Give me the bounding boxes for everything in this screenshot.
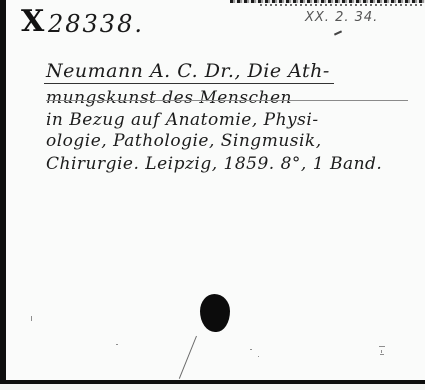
catalog-card: X 28338. XX. 2. 34. Neumann A. C. Dr., D… [0,0,425,390]
paper-speck [379,346,385,347]
paper-speck [381,350,382,353]
title-underline [46,100,408,101]
check-mark-icon [334,30,342,35]
author-underline [44,83,334,84]
date-stamp: XX. 2. 34. [305,10,378,25]
entry-line-imprint: Chirurgie. Leipzig, 1859. 8°, 1 Band. [46,154,382,174]
scan-border-top [230,0,425,3]
paper-speck [380,354,384,355]
paper-speck [116,344,118,345]
entry-line-3: in Bezug auf Anatomie, Physi- [46,110,319,130]
scan-border-left [0,0,6,390]
scan-border-top-noise [260,4,425,6]
scan-margin-bottom [0,384,425,390]
call-number: 28338. [48,10,144,38]
entry-line-4: ologie, Pathologie, Singmusik, [46,131,322,151]
entry-line-2: mungskunst des Menschen [46,88,292,108]
paper-speck [258,356,259,357]
paper-crack [179,336,197,379]
entry-line-author: Neumann A. C. Dr., Die Ath- [46,60,330,82]
punch-hole [200,294,230,332]
paper-speck [31,316,32,321]
paper-speck [250,349,252,350]
call-letter: X [21,4,44,39]
